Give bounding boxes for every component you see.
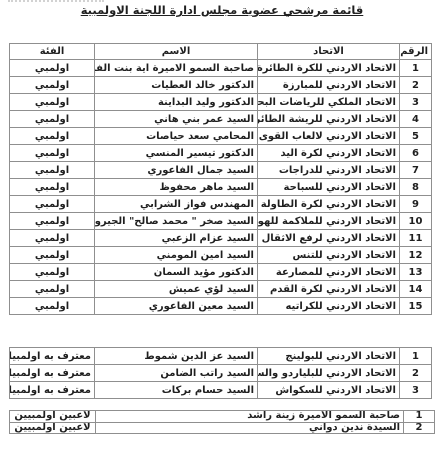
cell-federation: الاتحاد الاردني للمبارزة [258, 77, 400, 94]
table-row: 2الاتحاد الاردني للبلياردو والسنوكرالسيد… [10, 365, 432, 382]
cell-name: المحامي سعد حياصات [95, 128, 258, 145]
table-row: 13الاتحاد الاردني للمصارعةالدكتور مؤيد ا… [10, 264, 432, 281]
cell-category: معترف به اولمبيا [10, 382, 95, 399]
col-header-category: الفئة [10, 44, 95, 60]
table-row: 11الاتحاد الاردني لرفع الاثقالالسيد عزام… [10, 230, 432, 247]
cell-category: اولمبي [10, 230, 95, 247]
cell-number: 1 [400, 60, 432, 77]
cell-name: الدكتور تيسير المنسي [95, 145, 258, 162]
cell-number: 13 [400, 264, 432, 281]
cell-category: اولمبي [10, 196, 95, 213]
scan-artifact [8, 0, 104, 2]
table-row: 6الاتحاد الاردني لكرة اليدالدكتور تيسير … [10, 145, 432, 162]
cell-federation: الاتحاد الاردني للبلياردو والسنوكر [258, 365, 400, 382]
col-header-name: الاسم [95, 44, 258, 60]
col-header-number: الرقم [400, 44, 432, 60]
cell-category: اولمبي [10, 94, 95, 111]
cell-name: السيد جمال الفاعوري [95, 162, 258, 179]
cell-category: اولمبي [10, 281, 95, 298]
cell-number: 10 [400, 213, 432, 230]
cell-name: السيدة ندين دواني [96, 422, 404, 434]
cell-category: اولمبي [10, 213, 95, 230]
cell-number: 2 [400, 77, 432, 94]
cell-category: اولمبي [10, 77, 95, 94]
cell-name: صاحبة السمو الاميرة اية بنت الفيصل [95, 60, 258, 77]
table-row: 1الاتحاد الاردني للبولينجالسيد عز الدين … [10, 348, 432, 365]
olympic-players-table: 1صاحبة السمو الاميرة زينة راشدلاعبين اول… [9, 410, 435, 434]
cell-category: اولمبي [10, 298, 95, 315]
cell-category: لاعبين اولمبيين [10, 411, 96, 423]
cell-number: 1 [404, 411, 435, 423]
table-row: 1الاتحاد الاردني للكرة الطائرةصاحبة السم… [10, 60, 432, 77]
col-header-federation: الاتحاد [258, 44, 400, 60]
cell-federation: الاتحاد الملكي للرياضات البحرية [258, 94, 400, 111]
cell-category: اولمبي [10, 247, 95, 264]
cell-number: 4 [400, 111, 432, 128]
cell-category: اولمبي [10, 179, 95, 196]
cell-number: 14 [400, 281, 432, 298]
header-row: الرقم الاتحاد الاسم الفئة [10, 44, 432, 60]
cell-number: 2 [400, 365, 432, 382]
cell-number: 7 [400, 162, 432, 179]
table-row: 1صاحبة السمو الاميرة زينة راشدلاعبين اول… [10, 411, 435, 423]
cell-number: 5 [400, 128, 432, 145]
cell-number: 2 [404, 422, 435, 434]
page-title: قائمة مرشحي عضوية مجلس ادارة اللجنة الاو… [0, 3, 444, 17]
cell-name: السيد عمر بني هاني [95, 111, 258, 128]
table-row: 3الاتحاد الملكي للرياضات البحريةالدكتور … [10, 94, 432, 111]
table-row: 10الاتحاد الاردني للملاكمة للهواةالسيد ص… [10, 213, 432, 230]
cell-category: اولمبي [10, 162, 95, 179]
cell-federation: الاتحاد الاردني لرفع الاثقال [258, 230, 400, 247]
table-row: 14الاتحاد الاردني لكرة القدمالسيد لؤي عم… [10, 281, 432, 298]
cell-category: لاعبين اولمبيين [10, 422, 96, 434]
table-row: 2الاتحاد الاردني للمبارزةالدكتور خالد ال… [10, 77, 432, 94]
cell-name: السيد صخر " محمد صالح" الجيرودي [95, 213, 258, 230]
cell-federation: الاتحاد الاردني للملاكمة للهواة [258, 213, 400, 230]
table-row: 5الاتحاد الاردني لالعاب القوىالمحامي سعد… [10, 128, 432, 145]
table-row: 12الاتحاد الاردني للتنسالسيد امين المومن… [10, 247, 432, 264]
cell-name: الدكتور مؤيد السمان [95, 264, 258, 281]
cell-federation: الاتحاد الاردني للبولينج [258, 348, 400, 365]
cell-name: الدكتور وليد البداينة [95, 94, 258, 111]
cell-name: السيد عز الدين شموط [95, 348, 258, 365]
cell-number: 6 [400, 145, 432, 162]
cell-number: 11 [400, 230, 432, 247]
cell-federation: الاتحاد الاردني لكرة القدم [258, 281, 400, 298]
cell-category: اولمبي [10, 264, 95, 281]
cell-name: الدكتور خالد العطيات [95, 77, 258, 94]
table-row: 3الاتحاد الاردني للسكواشالسيد حسام بركات… [10, 382, 432, 399]
cell-federation: الاتحاد الاردني للسكواش [258, 382, 400, 399]
recognized-federations-table: 1الاتحاد الاردني للبولينجالسيد عز الدين … [9, 347, 432, 399]
cell-number: 3 [400, 94, 432, 111]
cell-category: اولمبي [10, 60, 95, 77]
document-page: قائمة مرشحي عضوية مجلس ادارة اللجنة الاو… [0, 0, 444, 456]
cell-federation: الاتحاد الاردني لكرة اليد [258, 145, 400, 162]
cell-name: السيد لؤي عميش [95, 281, 258, 298]
table-row: 2السيدة ندين دوانيلاعبين اولمبيين [10, 422, 435, 434]
cell-federation: الاتحاد الاردني لالعاب القوى [258, 128, 400, 145]
cell-number: 1 [400, 348, 432, 365]
cell-category: معترف به اولمبيا [10, 365, 95, 382]
table-row: 15الاتحاد الاردني للكراتيهالسيد معين الف… [10, 298, 432, 315]
cell-number: 3 [400, 382, 432, 399]
cell-name: السيد عزام الزعبي [95, 230, 258, 247]
cell-name: السيد راتب الضامن [95, 365, 258, 382]
cell-name: المهندس فواز الشرابي [95, 196, 258, 213]
cell-number: 8 [400, 179, 432, 196]
cell-federation: الاتحاد الاردني للدراجات [258, 162, 400, 179]
cell-number: 15 [400, 298, 432, 315]
cell-federation: الاتحاد الاردني للتنس [258, 247, 400, 264]
candidates-table: الرقم الاتحاد الاسم الفئة 1الاتحاد الارد… [9, 43, 432, 315]
cell-federation: الاتحاد الاردني للكرة الطائرة [258, 60, 400, 77]
cell-federation: الاتحاد الاردني للمصارعة [258, 264, 400, 281]
cell-category: اولمبي [10, 111, 95, 128]
cell-federation: الاتحاد الاردني لكرة الطاولة [258, 196, 400, 213]
cell-category: اولمبي [10, 128, 95, 145]
table-row: 7الاتحاد الاردني للدراجاتالسيد جمال الفا… [10, 162, 432, 179]
table-row: 9الاتحاد الاردني لكرة الطاولةالمهندس فوا… [10, 196, 432, 213]
cell-category: معترف به اولمبيا [10, 348, 95, 365]
cell-number: 12 [400, 247, 432, 264]
cell-name: السيد حسام بركات [95, 382, 258, 399]
cell-number: 9 [400, 196, 432, 213]
cell-name: صاحبة السمو الاميرة زينة راشد [96, 411, 404, 423]
cell-federation: الاتحاد الاردني للكراتيه [258, 298, 400, 315]
table-row: 4الاتحاد الاردني للريشة الطائرةالسيد عمر… [10, 111, 432, 128]
table-row: 8الاتحاد الاردني للسباحةالسيد ماهر محفوظ… [10, 179, 432, 196]
cell-federation: الاتحاد الاردني للسباحة [258, 179, 400, 196]
cell-category: اولمبي [10, 145, 95, 162]
cell-name: السيد معين الفاعوري [95, 298, 258, 315]
cell-federation: الاتحاد الاردني للريشة الطائرة [258, 111, 400, 128]
cell-name: السيد ماهر محفوظ [95, 179, 258, 196]
cell-name: السيد امين المومني [95, 247, 258, 264]
